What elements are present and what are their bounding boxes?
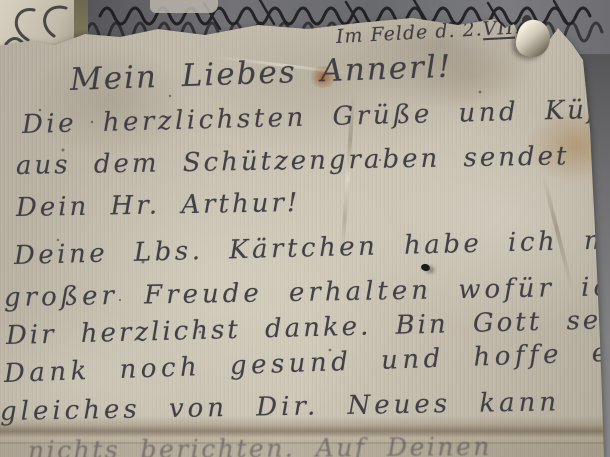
letter-paper: Im Felde d. 2.VII.1916. Mein Liebes Anne… <box>0 0 610 457</box>
dateline-month-roman: VII <box>482 17 515 41</box>
letter-paper-shadow: Im Felde d. 2.VII.1916. Mein Liebes Anne… <box>0 0 610 457</box>
body-line-3: Dein Hr. Arthur! <box>16 188 301 223</box>
partial-bottom-line: nichts berichten. Auf Deinen <box>28 432 492 457</box>
photograph-of-handwritten-letter: Im Felde d. 2.VII.1916. Mein Liebes Anne… <box>0 0 610 457</box>
